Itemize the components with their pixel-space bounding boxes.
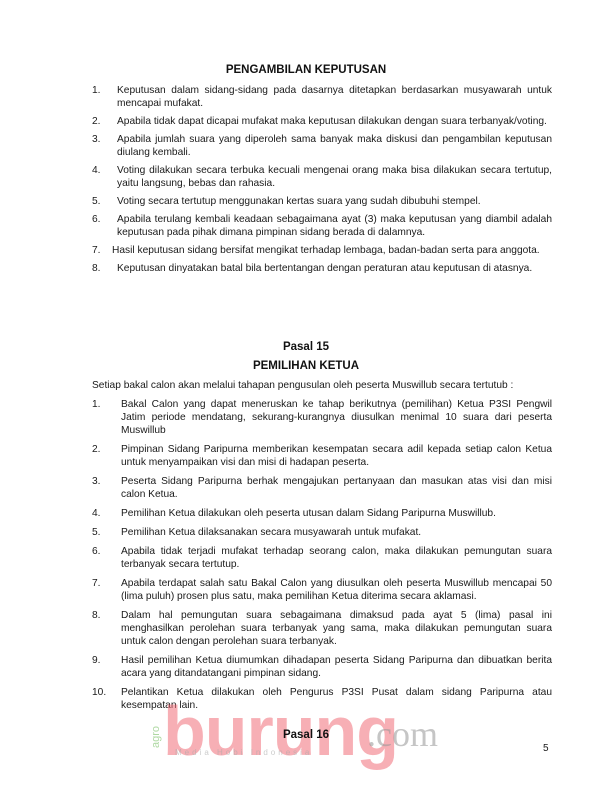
item-number: 10. <box>92 686 106 699</box>
list-item: 5.Pemilihan Ketua dilaksanakan secara mu… <box>92 526 552 539</box>
pasal-16-label: Pasal 16 <box>0 729 612 741</box>
list-item: 7.Apabila terdapat salah satu Bakal Calo… <box>92 577 552 603</box>
document-page: PENGAMBILAN KEPUTUSAN 1.Keputusan dalam … <box>0 0 612 792</box>
item-number: 1. <box>92 398 101 411</box>
section-title-pengambilan-keputusan: PENGAMBILAN KEPUTUSAN <box>0 64 612 76</box>
item-text: Pelantikan Ketua dilakukan oleh Pengurus… <box>121 686 552 712</box>
list-item: 5.Voting secara tertutup menggunakan ker… <box>92 195 552 208</box>
list-item: 3.Apabila jumlah suara yang diperoleh sa… <box>92 133 552 159</box>
list-item: 6.Apabila terulang kembali keadaan sebag… <box>92 213 552 239</box>
item-number: 4. <box>92 164 101 177</box>
list-item: 6.Apabila tidak terjadi mufakat terhadap… <box>92 545 552 571</box>
item-number: 3. <box>92 475 101 488</box>
list-item: 7.Hasil keputusan sidang bersifat mengik… <box>92 244 552 257</box>
item-number: 9. <box>92 654 101 667</box>
item-text: Dalam hal pemungutan suara sebagaimana d… <box>121 609 552 648</box>
intro-paragraph: Setiap bakal calon akan melalui tahapan … <box>92 379 562 392</box>
item-text: Apabila tidak dapat dicapai mufakat maka… <box>117 115 552 128</box>
pasal-15-label: Pasal 15 <box>0 341 612 353</box>
item-number: 6. <box>92 545 101 558</box>
item-text: Hasil pemilihan Ketua diumumkan dihadapa… <box>121 654 552 680</box>
list-item: 9.Hasil pemilihan Ketua diumumkan dihada… <box>92 654 552 680</box>
list-item: 3.Peserta Sidang Paripurna berhak mengaj… <box>92 475 552 501</box>
election-list: 1.Bakal Calon yang dapat meneruskan ke t… <box>92 398 552 712</box>
item-text: Apabila terdapat salah satu Bakal Calon … <box>121 577 552 603</box>
item-text: Pimpinan Sidang Paripurna memberikan kes… <box>121 443 552 469</box>
item-number: 2. <box>92 115 101 128</box>
item-text: Pemilihan Ketua dilaksanakan secara musy… <box>121 526 552 539</box>
item-number: 1. <box>92 84 101 97</box>
page-number: 5 <box>543 743 549 754</box>
item-number: 8. <box>92 609 101 622</box>
item-text: Apabila tidak terjadi mufakat terhadap s… <box>121 545 552 571</box>
item-number: 8. <box>92 262 101 275</box>
item-text: Keputusan dalam sidang-sidang pada dasar… <box>117 84 552 110</box>
list-item: 2.Apabila tidak dapat dicapai mufakat ma… <box>92 115 552 128</box>
item-number: 3. <box>92 133 101 146</box>
list-item: 1.Keputusan dalam sidang-sidang pada das… <box>92 84 552 110</box>
list-item: 1.Bakal Calon yang dapat meneruskan ke t… <box>92 398 552 437</box>
item-number: 6. <box>92 213 101 226</box>
list-item: 10.Pelantikan Ketua dilakukan oleh Pengu… <box>92 686 552 712</box>
decision-list: 1.Keputusan dalam sidang-sidang pada das… <box>92 84 552 275</box>
item-text: Keputusan dinyatakan batal bila bertenta… <box>117 262 552 275</box>
watermark-tagline: Media Hobi Indonesia <box>175 748 312 757</box>
section-title-pemilihan-ketua: PEMILIHAN KETUA <box>0 360 612 372</box>
list-item: 4.Voting dilakukan secara terbuka kecual… <box>92 164 552 190</box>
list-item: 8.Keputusan dinyatakan batal bila berten… <box>92 262 552 275</box>
item-number: 4. <box>92 507 101 520</box>
list-item: 8.Dalam hal pemungutan suara sebagaimana… <box>92 609 552 648</box>
item-text: Apabila jumlah suara yang diperoleh sama… <box>117 133 552 159</box>
item-text: Hasil keputusan sidang bersifat mengikat… <box>112 244 552 257</box>
item-number: 7. <box>92 577 101 590</box>
item-text: Pemilihan Ketua dilakukan oleh peserta u… <box>121 507 552 520</box>
item-text: Apabila terulang kembali keadaan sebagai… <box>117 213 552 239</box>
item-text: Voting dilakukan secara terbuka kecuali … <box>117 164 552 190</box>
list-item: 4.Pemilihan Ketua dilakukan oleh peserta… <box>92 507 552 520</box>
item-text: Voting secara tertutup menggunakan kerta… <box>117 195 552 208</box>
item-number: 5. <box>92 526 101 539</box>
item-number: 2. <box>92 443 101 456</box>
item-text: Peserta Sidang Paripurna berhak mengajuk… <box>121 475 552 501</box>
item-number: 7. <box>92 244 101 257</box>
item-text: Bakal Calon yang dapat meneruskan ke tah… <box>121 398 552 437</box>
list-item: 2.Pimpinan Sidang Paripurna memberikan k… <box>92 443 552 469</box>
item-number: 5. <box>92 195 101 208</box>
